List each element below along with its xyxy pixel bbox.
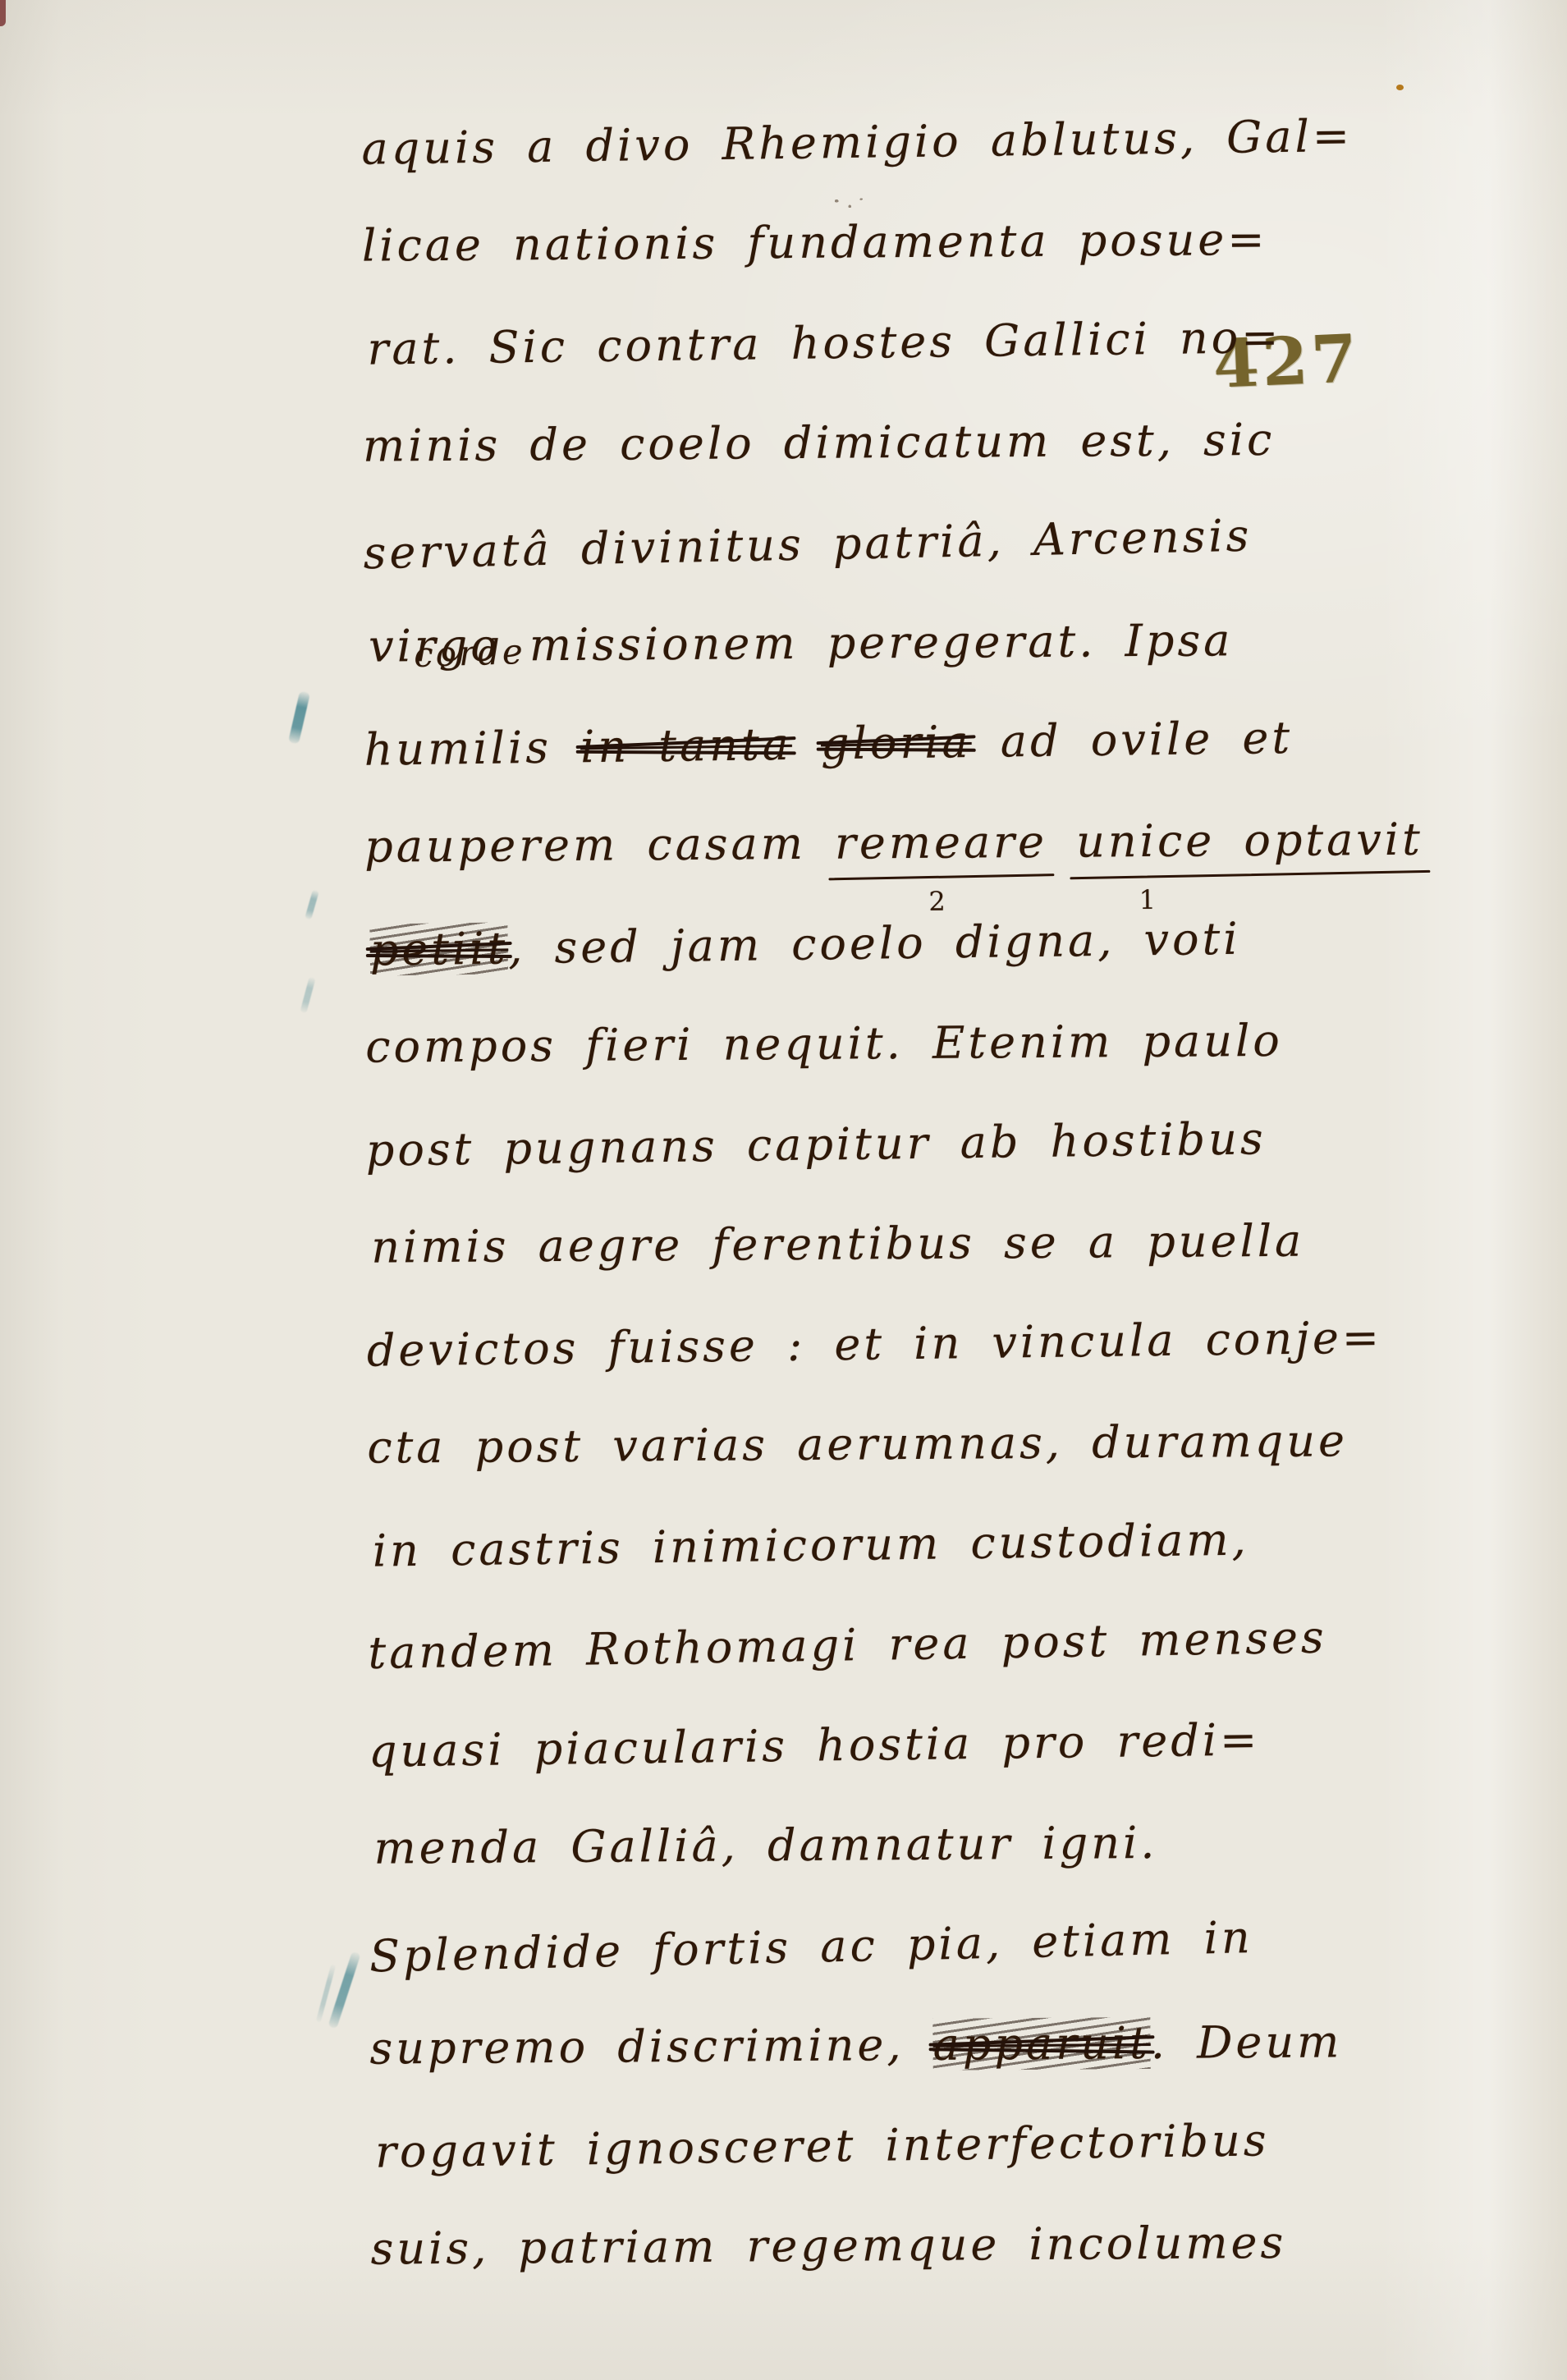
manuscript-line-11: post pugnans capitur ab hostibus: [365, 1086, 1458, 1200]
manuscript-line-6: virgo missionem peregerat. Ipsa: [364, 589, 1456, 696]
manuscript-line-5: servatâ divinitus patriâ, Arcensis: [362, 482, 1455, 604]
underlined-word: remeare2: [835, 816, 1047, 869]
manuscript-line-4: minis de coelo dimicatum est, sic: [363, 388, 1455, 496]
line-text: tandem Rothomagi rea post menses: [368, 1612, 1327, 1679]
struck-word: petiit: [369, 922, 508, 975]
line-text: nimis aegre ferentibus se a puella: [371, 1215, 1304, 1273]
struck-word: in tanta: [580, 718, 793, 773]
line-text: suis, patriam regemque incolumes: [370, 2217, 1286, 2275]
line-text: cta post varias aerumnas, duramque: [367, 1415, 1348, 1473]
line-text: devictos fuisse : et in vincula conje=: [366, 1312, 1382, 1377]
manuscript-line-16: tandem Rothomagi rea post menses: [367, 1585, 1460, 1704]
underlined-words: unice optavit1: [1076, 814, 1423, 868]
manuscript-line-20: supremo discrimine, apparuit. Deum: [369, 1991, 1462, 2098]
line-text: quasi piacularis hostia pro redi=: [369, 1713, 1261, 1777]
blue-pencil-mark: [288, 690, 310, 744]
line-text: servatâ divinitus patriâ, Arcensis: [363, 510, 1253, 580]
manuscript-text: aquis a divo Rhemigio ablutus, Gal= lica…: [361, 89, 1463, 2298]
line-text: minis de coelo dimicatum est, sic: [363, 414, 1276, 472]
manuscript-line-9: petiit, sed jam coelo digna, voti: [364, 886, 1457, 1000]
manuscript-line-12: nimis aegre ferentibus se a puella: [366, 1190, 1459, 1297]
blue-pencil-mark: [300, 977, 315, 1014]
struck-word: apparuit: [932, 2017, 1151, 2070]
line-text: compos fieri nequit. Etenim paulo: [365, 1015, 1283, 1073]
line-text: Splendide fortis ac pia, etiam in: [369, 1911, 1253, 1982]
manuscript-line-2: licae nationis fundamenta posue=: [362, 188, 1455, 296]
line-text: in castris inimicorum custodiam,: [373, 1514, 1250, 1577]
manuscript-line-19: Splendide fortis ac pia, etiam in: [369, 1882, 1462, 2006]
line-text: supremo discrimine,: [369, 2019, 933, 2075]
line-text: rat. Sic contra hostes Gallici no=: [367, 311, 1282, 375]
manuscript-line-7: corde humilis in tanta gloria ad ovile e…: [364, 686, 1456, 800]
manuscript-line-10: compos fieri nequit. Etenim paulo: [365, 989, 1458, 1097]
manuscript-line-15: in castris inimicorum custodiam,: [367, 1487, 1459, 1601]
manuscript-page: 427 aquis a divo Rhemigio ablutus, Gal= …: [0, 0, 1567, 2380]
struck-word: gloria: [821, 716, 972, 769]
manuscript-line-18: menda Galliâ, damnatur igni.: [369, 1791, 1461, 1898]
line-text: menda Galliâ, damnatur igni.: [373, 1817, 1157, 1874]
manuscript-line-3: rat. Sic contra hostes Gallici no=: [362, 285, 1455, 399]
blue-pencil-mark: [328, 1951, 360, 2029]
line-text: remeare: [835, 816, 1047, 869]
line-text: ad ovile et: [971, 712, 1293, 768]
line-text: , sed jam coelo digna, voti: [508, 913, 1241, 974]
page-corner-blemish: [0, 0, 6, 26]
line-text: post pugnans capitur ab hostibus: [365, 1112, 1267, 1176]
line-text: licae nationis fundamenta posue=: [362, 213, 1268, 272]
line-text: . Deum: [1151, 2015, 1343, 2069]
manuscript-line-8: pauperem casam remeare2 unice optavit1: [364, 789, 1457, 897]
manuscript-line-21: rogavit ignosceret interfectoribus: [369, 2088, 1462, 2202]
line-text: unice optavit: [1076, 814, 1423, 868]
line-text: rogavit ignosceret interfectoribus: [375, 2114, 1270, 2177]
interlinear-insertion-corde: corde: [414, 635, 526, 672]
line-text: humilis: [364, 721, 580, 775]
manuscript-line-13: devictos fuisse : et in vincula conje=: [366, 1286, 1459, 1401]
manuscript-line-17: quasi piacularis hostia pro redi=: [368, 1687, 1460, 1801]
line-text: pauperem casam: [364, 818, 835, 873]
blue-pencil-mark: [305, 890, 319, 920]
manuscript-line-1: aquis a divo Rhemigio ablutus, Gal=: [361, 85, 1454, 199]
manuscript-line-14: cta post varias aerumnas, duramque: [367, 1390, 1459, 1497]
manuscript-line-22: suis, patriam regemque incolumes: [370, 2191, 1463, 2299]
line-text: [1047, 816, 1077, 868]
line-text: aquis a divo Rhemigio ablutus, Gal=: [361, 110, 1353, 175]
